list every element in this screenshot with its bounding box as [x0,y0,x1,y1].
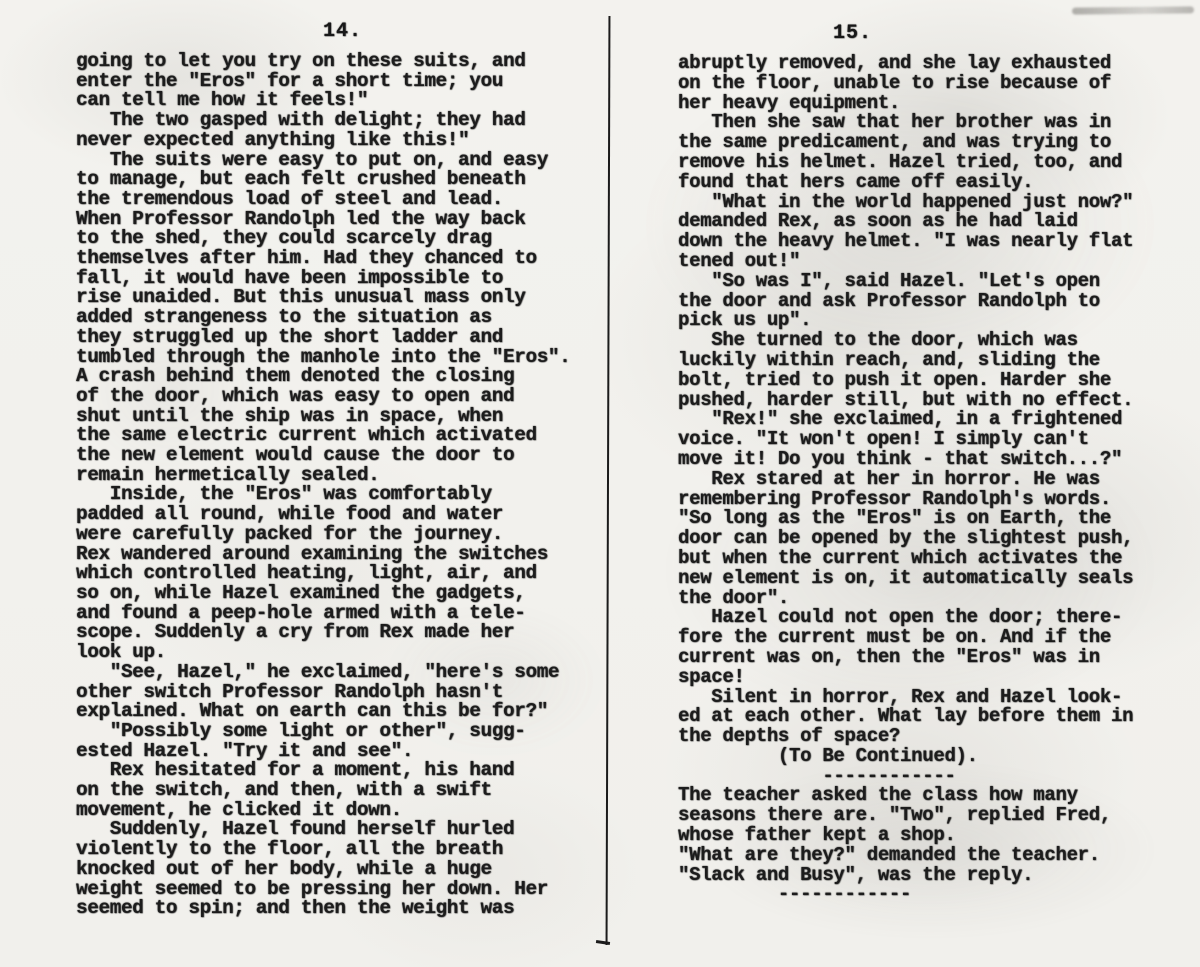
page-14-body-text: going to let you try on these suits, and… [76,52,570,919]
page-number-15: 15. [833,22,872,45]
scan-artifact-top-right [1072,6,1194,14]
page-fold-line [606,16,611,945]
page-number-14: 14. [323,20,362,43]
page-15-body-text: abruptly removed, and she lay exhausted … [678,54,1133,905]
page-fold-line-foot [596,940,610,945]
